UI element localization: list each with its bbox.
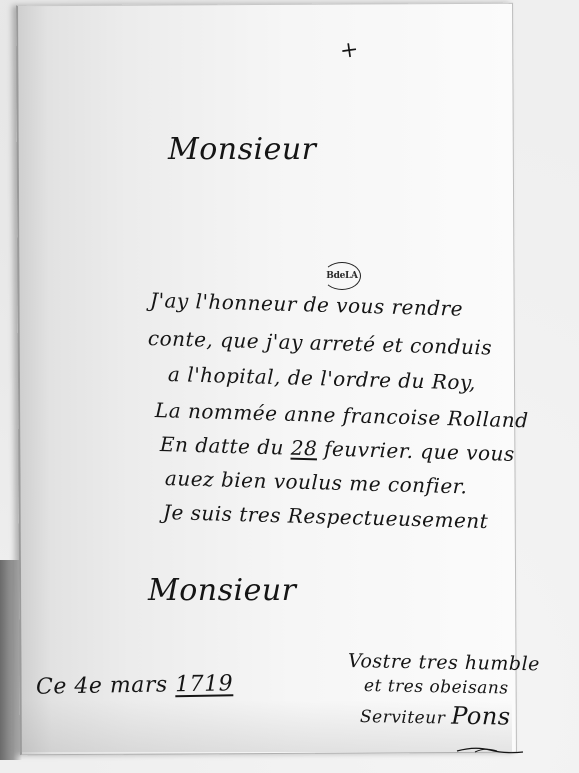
archive-stamp: BdeLA	[323, 262, 361, 290]
salutation: Monsieur	[168, 132, 317, 167]
signature-line-3: Serviteur Pons	[360, 700, 511, 731]
body-line-5-start: En datte du	[160, 432, 285, 459]
date-prefix: Ce 4e mars	[36, 672, 168, 699]
date-year: 1719	[175, 671, 233, 697]
signature-line-2: et tres obeisans	[364, 676, 509, 699]
signature-line-1: Vostre tres humble	[348, 650, 540, 675]
signature-flourish-icon	[455, 745, 525, 755]
date-day-underlined: 28	[290, 436, 317, 461]
cross-mark: +	[338, 37, 360, 64]
signature-name: Pons	[451, 702, 511, 731]
closing-salutation: Monsieur	[148, 573, 297, 608]
letter-date: Ce 4e mars 1719	[36, 671, 234, 699]
signature-title: Serviteur	[360, 707, 446, 728]
